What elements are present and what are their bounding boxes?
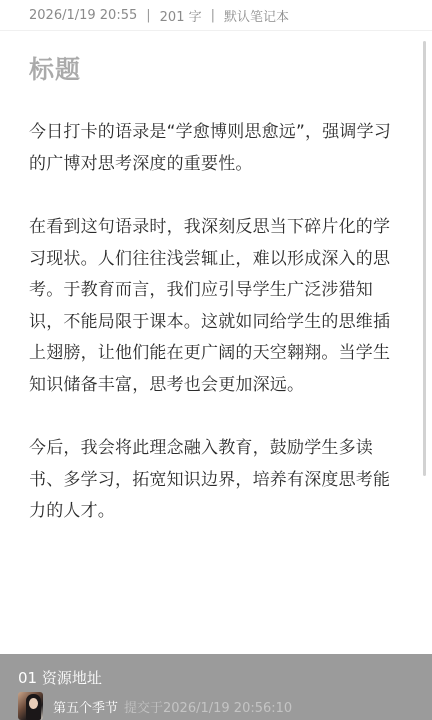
note-page: 2026/1/19 20:55 | 201 字 | 默认笔记本 标题 今日打卡的… <box>0 0 432 720</box>
author-row: 第五个季节 提交于2026/1/19 20:56:10 <box>18 692 292 720</box>
meta-separator: | <box>211 8 215 23</box>
meta-separator: | <box>146 8 150 23</box>
avatar-face <box>29 698 38 709</box>
note-title[interactable]: 标题 <box>29 50 399 90</box>
author-name[interactable]: 第五个季节 <box>53 697 118 716</box>
resource-title[interactable]: 01 资源地址 <box>18 667 102 688</box>
note-meta-bar: 2026/1/19 20:55 | 201 字 | 默认笔记本 <box>0 0 432 31</box>
notebook-name[interactable]: 默认笔记本 <box>224 6 289 25</box>
submit-time: 提交于2026/1/19 20:56:10 <box>124 697 292 716</box>
note-datetime: 2026/1/19 20:55 <box>29 8 137 23</box>
word-count: 201 字 <box>160 6 202 25</box>
submission-footer: 01 资源地址 第五个季节 提交于2026/1/19 20:56:10 <box>0 654 432 720</box>
note-paragraph[interactable]: 今日打卡的语录是“学愈博则思愈远”，强调学习的广博对思考深度的重要性。 <box>29 117 399 180</box>
note-paragraph[interactable]: 今后，我会将此理念融入教育，鼓励学生多读书、多学习，拓宽知识边界，培养有深度思考… <box>29 433 399 528</box>
note-content[interactable]: 标题 今日打卡的语录是“学愈博则思愈远”，强调学习的广博对思考深度的重要性。 在… <box>29 50 399 528</box>
content-scrollbar[interactable] <box>423 41 426 476</box>
avatar[interactable] <box>18 692 43 720</box>
note-paragraph[interactable]: 在看到这句语录时，我深刻反思当下碎片化的学习现状。人们往往浅尝辄止，难以形成深入… <box>29 212 399 401</box>
